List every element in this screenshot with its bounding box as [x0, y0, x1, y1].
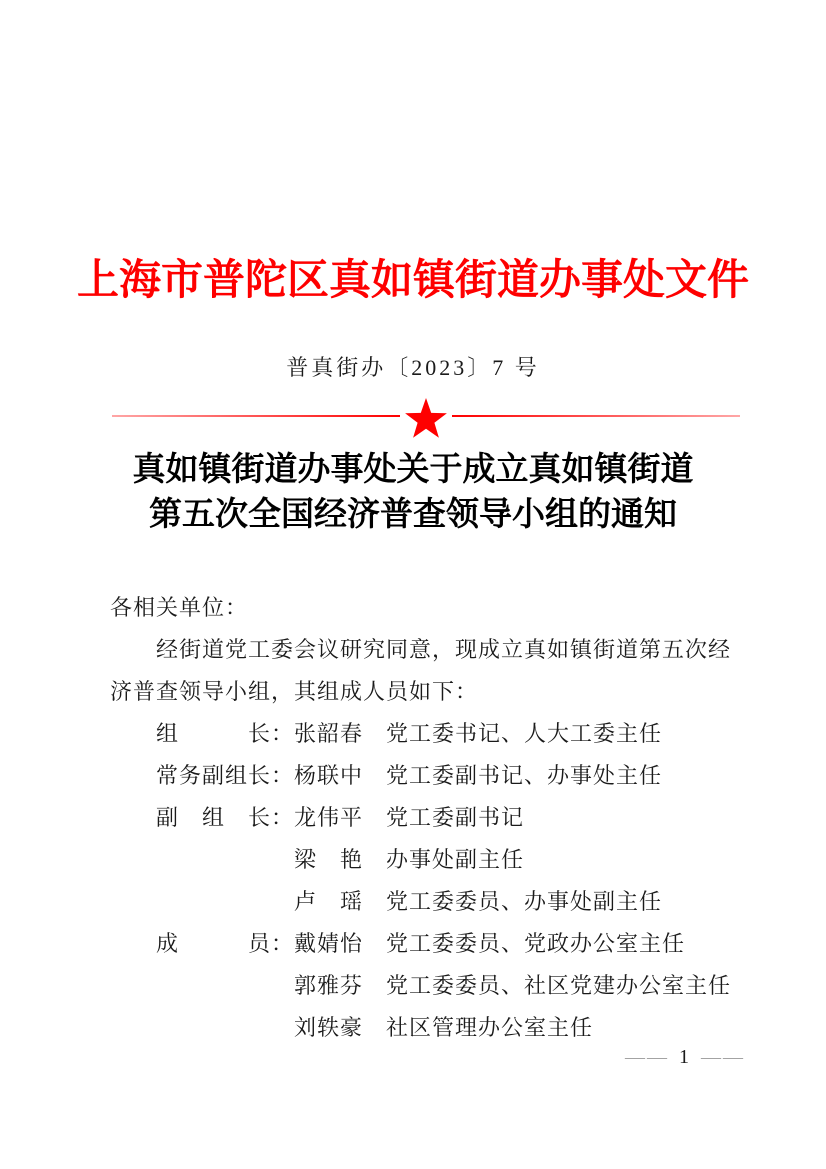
paragraph-line: 经街道党工委会议研究同意，现成立真如镇街道第五次经	[110, 629, 770, 671]
page-number: ——1——	[625, 1046, 745, 1069]
member-line: 副 组 长：龙伟平 党工委副书记	[110, 797, 770, 839]
document-number: 普真街办〔2023〕7 号	[0, 351, 826, 382]
member-line: 梁 艳 办事处副主任	[110, 839, 770, 881]
member-line: 成 员：戴婧怡 党工委委员、党政办公室主任	[110, 923, 770, 965]
page-number-dash-left: ——	[625, 1046, 669, 1068]
document-title-line2: 第五次全国经济普查领导小组的通知	[0, 493, 826, 538]
member-line: 卢 瑶 党工委委员、办事处副主任	[110, 881, 770, 923]
document-body: 各相关单位： 经街道党工委会议研究同意，现成立真如镇街道第五次经 济普查领导小组…	[110, 587, 770, 1049]
member-roster: 组 长：张韶春 党工委书记、人大工委主任 常务副组长：杨联中 党工委副书记、办事…	[110, 713, 770, 1049]
red-divider	[112, 398, 740, 444]
page-number-dash-right: ——	[701, 1046, 745, 1068]
salutation: 各相关单位：	[110, 587, 770, 629]
star-icon	[403, 398, 449, 442]
divider-line-right	[452, 415, 740, 417]
document-title-line1: 真如镇街道办事处关于成立真如镇街道	[0, 448, 826, 493]
member-line: 常务副组长：杨联中 党工委副书记、办事处主任	[110, 755, 770, 797]
member-line: 刘轶豪 社区管理办公室主任	[110, 1007, 770, 1049]
member-line: 郭雅芬 党工委委员、社区党建办公室主任	[110, 965, 770, 1007]
divider-line-left	[112, 415, 400, 417]
document-page: 上海市普陀区真如镇街道办事处文件 普真街办〔2023〕7 号 真如镇街道办事处关…	[0, 0, 826, 1169]
member-line: 组 长：张韶春 党工委书记、人大工委主任	[110, 713, 770, 755]
document-title: 真如镇街道办事处关于成立真如镇街道 第五次全国经济普查领导小组的通知	[0, 448, 826, 538]
paragraph-line: 济普查领导小组，其组成人员如下：	[110, 671, 770, 713]
letterhead-org-title: 上海市普陀区真如镇街道办事处文件	[0, 247, 826, 307]
page-number-value: 1	[669, 1046, 701, 1068]
